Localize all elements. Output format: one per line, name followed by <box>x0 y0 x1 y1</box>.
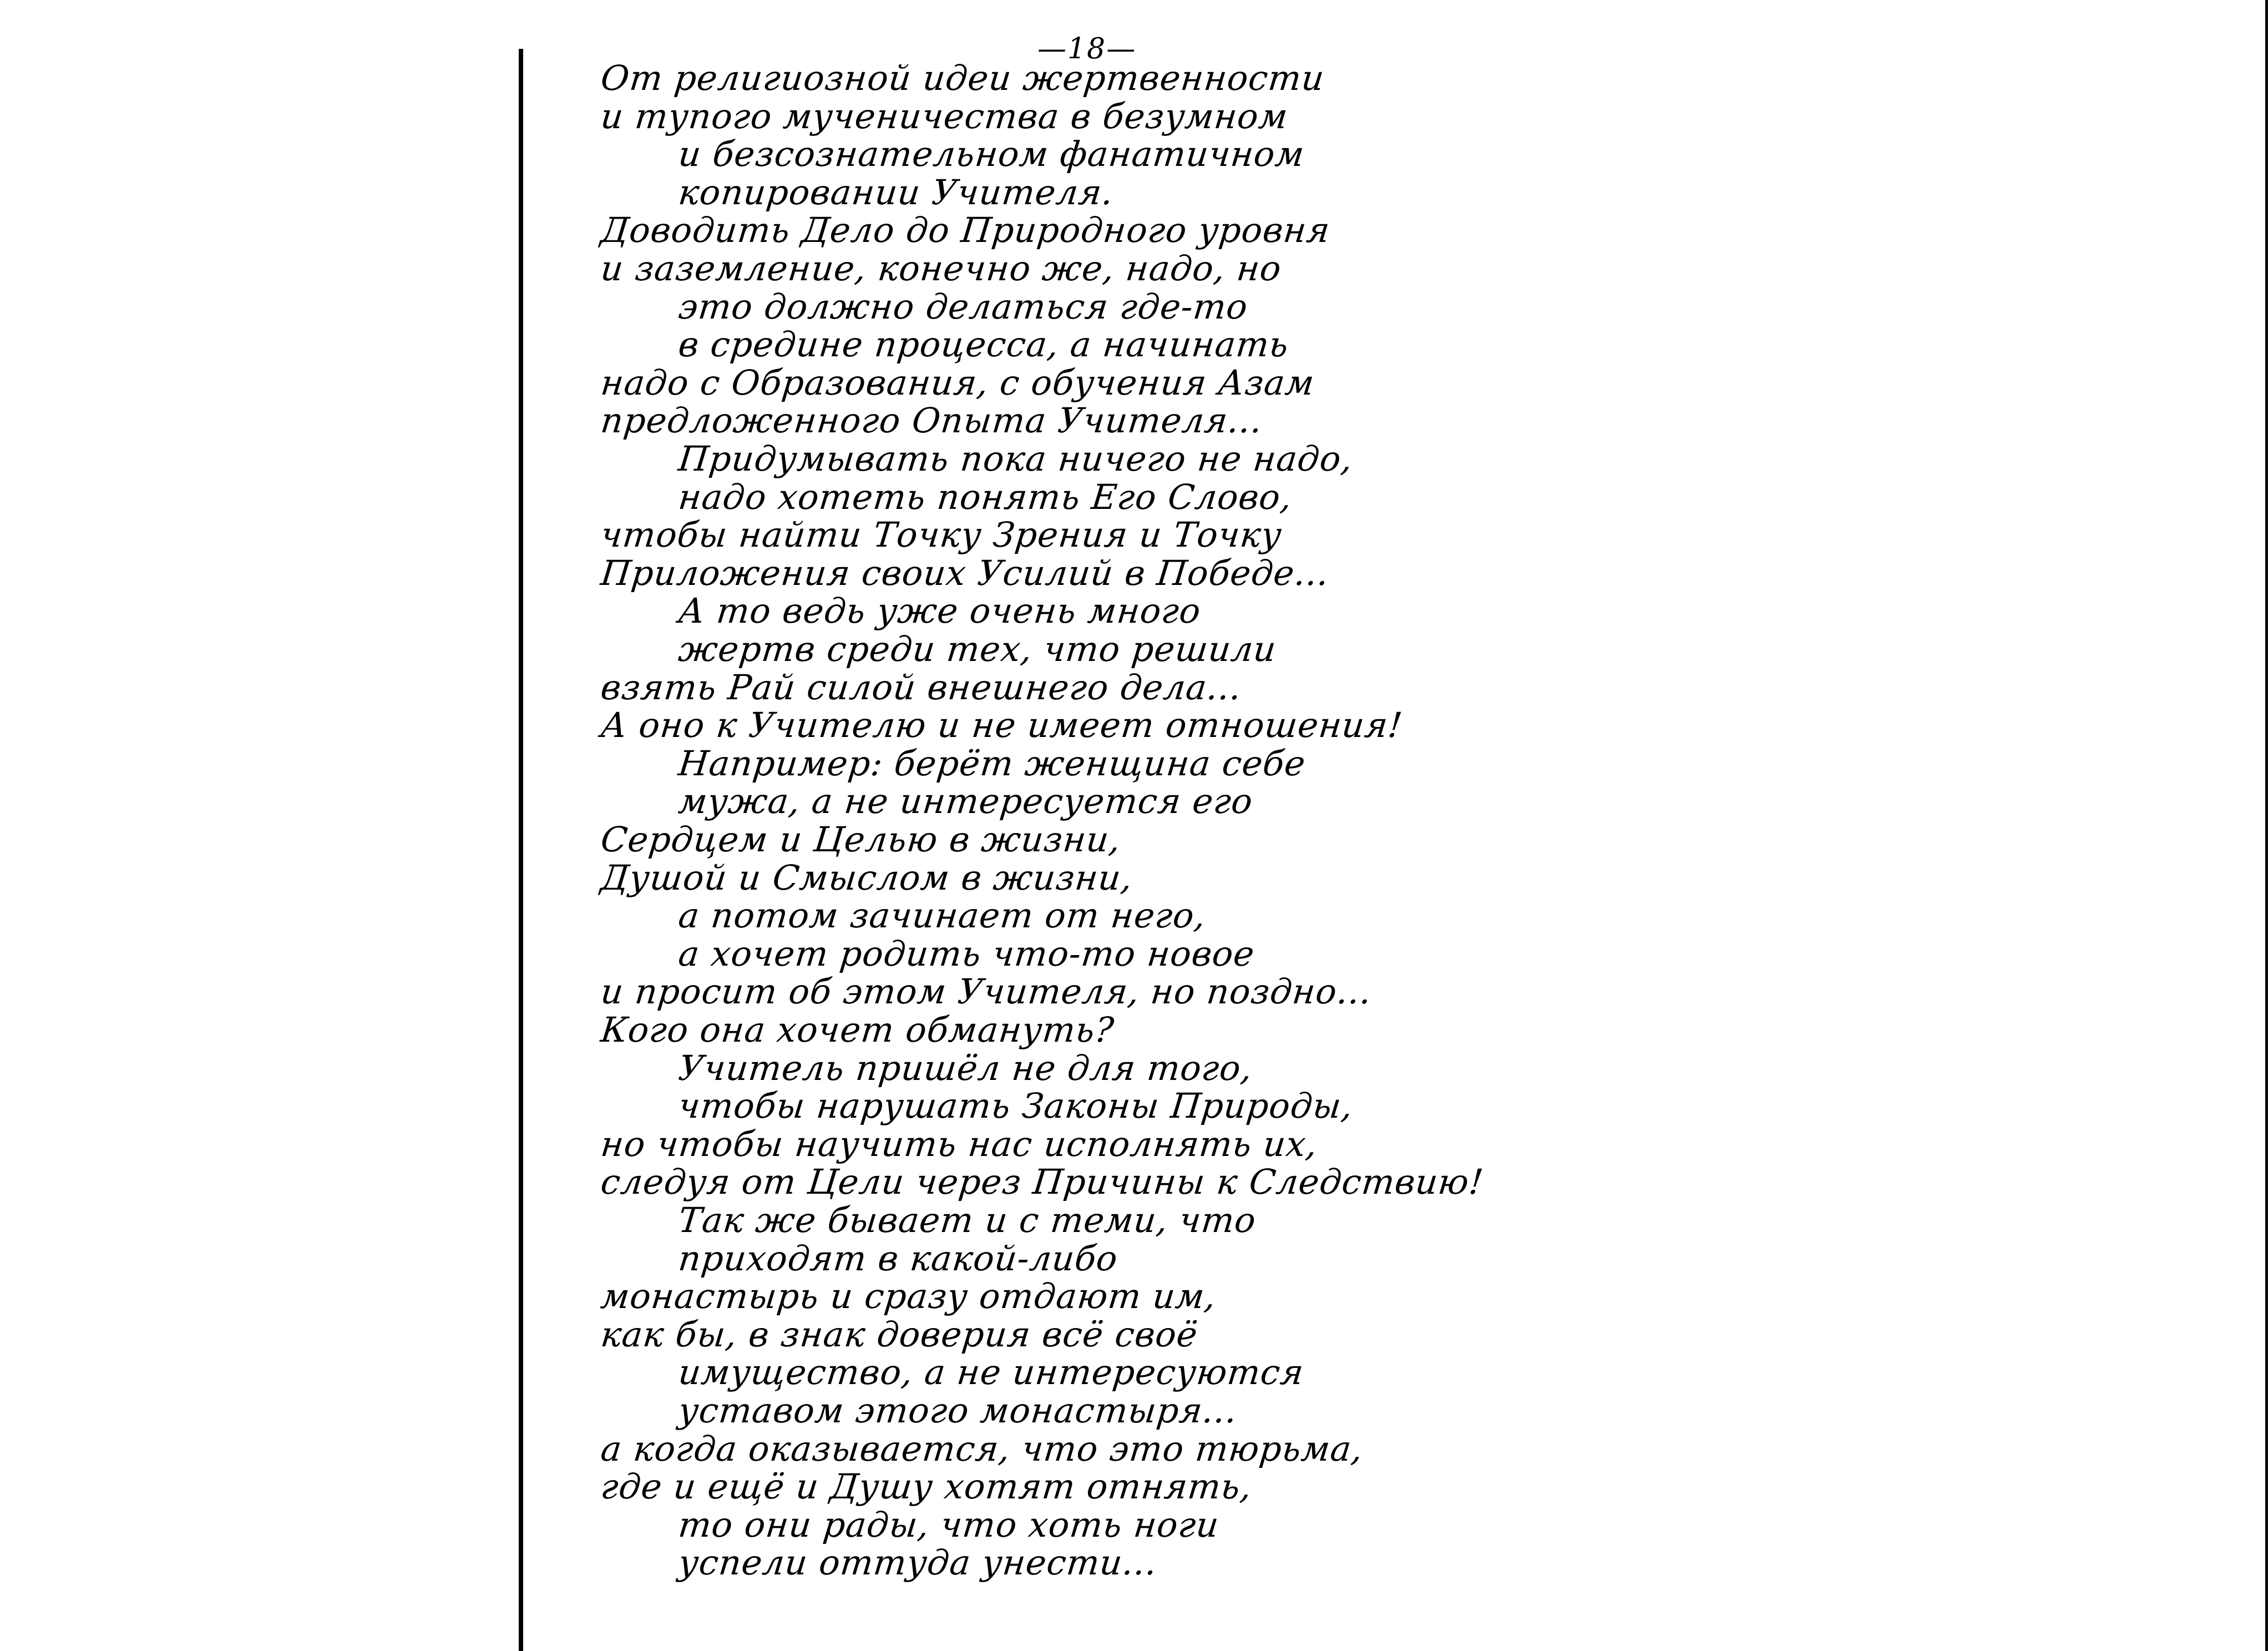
text-line: А оно к Учителю и не имеет отношения! <box>599 708 1404 743</box>
text-line: в средине процесса, а начинать <box>677 327 1290 362</box>
text-line: успели оттуда унести... <box>677 1546 1159 1580</box>
margin-rule-line <box>519 49 523 1651</box>
text-line: приходят в какой-либо <box>677 1241 1120 1276</box>
scanned-page: —18— От религиозной идеи жертвенности и … <box>0 0 2268 1651</box>
text-line: но чтобы научить нас исполнять их, <box>599 1127 1319 1162</box>
text-line: то они рады, что хоть ноги <box>677 1508 1221 1542</box>
text-line: Например: берёт женщина себе <box>677 746 1307 781</box>
text-line: взять Рай силой внешнего дела... <box>599 670 1243 705</box>
text-line: копировании Учителя. <box>677 175 1115 210</box>
text-line: и просит об этом Учителя, но поздно... <box>599 975 1373 1009</box>
text-line: следуя от Цели через Причины к Следствию… <box>599 1165 1485 1199</box>
text-line: и тупого мученичества в безумном <box>599 99 1290 134</box>
text-line: Доводить Дело до Природного уровня <box>599 213 1332 248</box>
text-line: Кого она хочет обмануть? <box>599 1013 1116 1047</box>
text-line: Так же бывает и с теми, что <box>677 1203 1258 1238</box>
text-line: жертв среди тех, что решили <box>677 632 1278 667</box>
text-line: От религиозной идеи жертвенности <box>599 61 1326 95</box>
text-line: и безсознательном фанатичном <box>677 137 1306 171</box>
text-line: Сердцем и Целью в жизни, <box>599 822 1122 857</box>
text-line: и заземление, конечно же, надо, но <box>599 251 1283 286</box>
text-line: а потом зачинает от него, <box>677 898 1208 933</box>
text-line: а хочет родить что-то новое <box>677 937 1256 971</box>
text-line: Учитель пришёл не для того, <box>677 1051 1254 1085</box>
text-line: мужа, а не интересуется его <box>677 784 1254 819</box>
text-line: это должно делаться где-то <box>677 290 1249 324</box>
text-line: Душой и Смыслом в жизни, <box>599 861 1135 895</box>
text-line: монастырь и сразу отдают им, <box>599 1279 1218 1314</box>
text-line: как бы, в знак доверия всё своё <box>599 1317 1199 1352</box>
text-line: Приложения своих Усилий в Победе... <box>599 556 1331 590</box>
text-line: надо с Образования, с обучения Азам <box>599 366 1316 400</box>
text-line: надо хотеть понять Его Слово, <box>677 480 1294 514</box>
text-line: а когда оказывается, что это тюрьма, <box>599 1432 1365 1466</box>
text-line: чтобы найти Точку Зрения и Точку <box>599 518 1284 552</box>
text-line: А то ведь уже очень много <box>677 594 1203 628</box>
text-line: имущество, а не интересуются <box>677 1355 1305 1390</box>
text-line: чтобы нарушать Законы Природы, <box>677 1089 1355 1123</box>
text-line: предложенного Опыта Учителя... <box>599 403 1264 438</box>
text-line: уставом этого монастыря... <box>677 1393 1239 1428</box>
scanner-edge-shadow <box>2265 0 2268 1651</box>
text-line: где и ещё и Душу хотят отнять, <box>599 1470 1254 1504</box>
text-line: Придумывать пока ничего не надо, <box>677 442 1354 476</box>
